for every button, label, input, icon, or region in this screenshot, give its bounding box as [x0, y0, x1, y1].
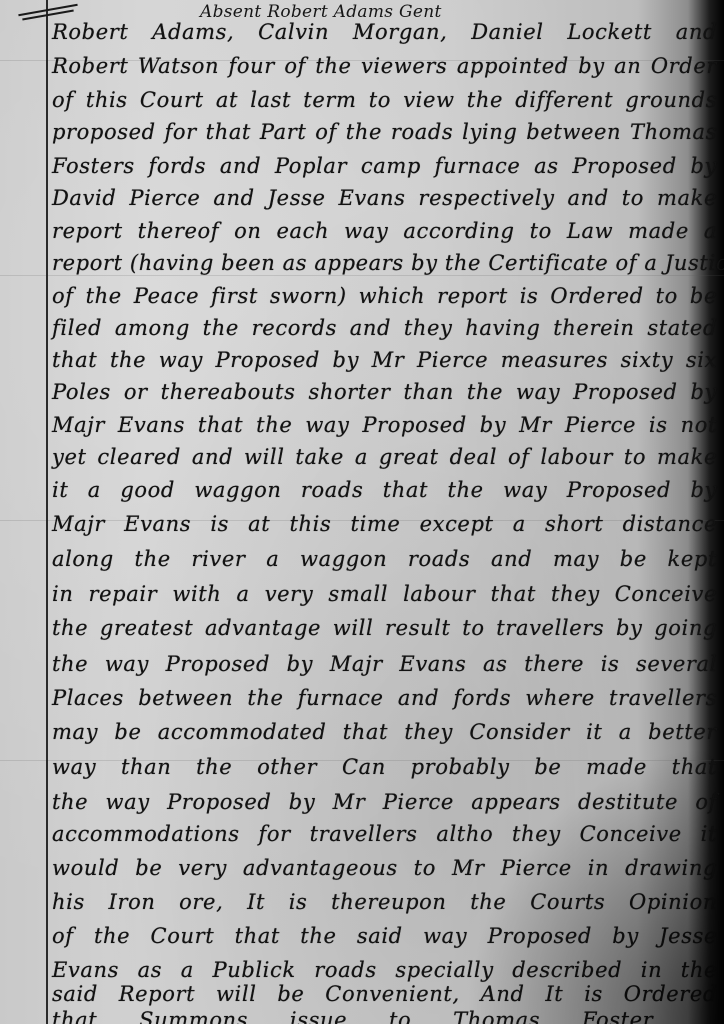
- manuscript-line: would be very advantageous to Mr Pierce …: [52, 856, 717, 880]
- manuscript-line: proposed for that Part of the roads lyin…: [52, 120, 717, 144]
- manuscript-line: Majr Evans that the way Proposed by Mr P…: [52, 413, 717, 437]
- manuscript-line: in repair with a very small labour that …: [52, 582, 717, 606]
- manuscript-line: the greatest advantage will result to tr…: [52, 616, 717, 640]
- manuscript-line: said Report will be Convenient, And It i…: [52, 982, 717, 1006]
- manuscript-line: of this Court at last term to view the d…: [52, 88, 717, 112]
- manuscript-line: Fosters fords and Poplar camp furnace as…: [52, 154, 717, 178]
- manuscript-line: Majr Evans is at this time except a shor…: [52, 512, 717, 536]
- manuscript-line: may be accommodated that they Consider i…: [52, 720, 717, 744]
- manuscript-line: report (having been as appears by the Ce…: [52, 251, 717, 275]
- manuscript-line: of the Peace first sworn) which report i…: [52, 284, 717, 308]
- margin-rule: [46, 0, 48, 1024]
- record-header: Absent Robert Adams Gent: [200, 2, 442, 22]
- manuscript-line: Evans as a Publick roads specially descr…: [52, 958, 717, 982]
- manuscript-line: that the way Proposed by Mr Pierce measu…: [52, 348, 717, 372]
- manuscript-line: the way Proposed by Mr Pierce appears de…: [52, 790, 717, 814]
- manuscript-line: of the Court that the said way Proposed …: [52, 924, 717, 948]
- manuscript-line: along the river a waggon roads and may b…: [52, 547, 717, 571]
- manuscript-line: accommodations for travellers altho they…: [52, 822, 717, 846]
- document-page: Absent Robert Adams Gent Robert Adams, C…: [0, 0, 724, 1024]
- manuscript-line: report thereof on each way according to …: [52, 219, 717, 243]
- manuscript-line: Places between the furnace and fords whe…: [52, 686, 717, 710]
- manuscript-line: the way Proposed by Majr Evans as there …: [52, 652, 717, 676]
- manuscript-line: yet cleared and will take a great deal o…: [52, 445, 717, 469]
- page-ruling: [0, 275, 724, 276]
- manuscript-line: Poles or thereabouts shorter than the wa…: [52, 380, 717, 404]
- manuscript-line: Robert Adams, Calvin Morgan, Daniel Lock…: [52, 20, 717, 44]
- manuscript-line: that Summons issue to Thomas Foster ...: [52, 1008, 717, 1024]
- manuscript-line: way than the other Can probably be made …: [52, 755, 717, 779]
- manuscript-line: Robert Watson four of the viewers appoin…: [52, 54, 717, 78]
- manuscript-line: David Pierce and Jesse Evans respectivel…: [52, 186, 717, 210]
- manuscript-line: it a good waggon roads that the way Prop…: [52, 478, 717, 502]
- manuscript-line: filed among the records and they having …: [52, 316, 717, 340]
- manuscript-line: his Iron ore, It is thereupon the Courts…: [52, 890, 717, 914]
